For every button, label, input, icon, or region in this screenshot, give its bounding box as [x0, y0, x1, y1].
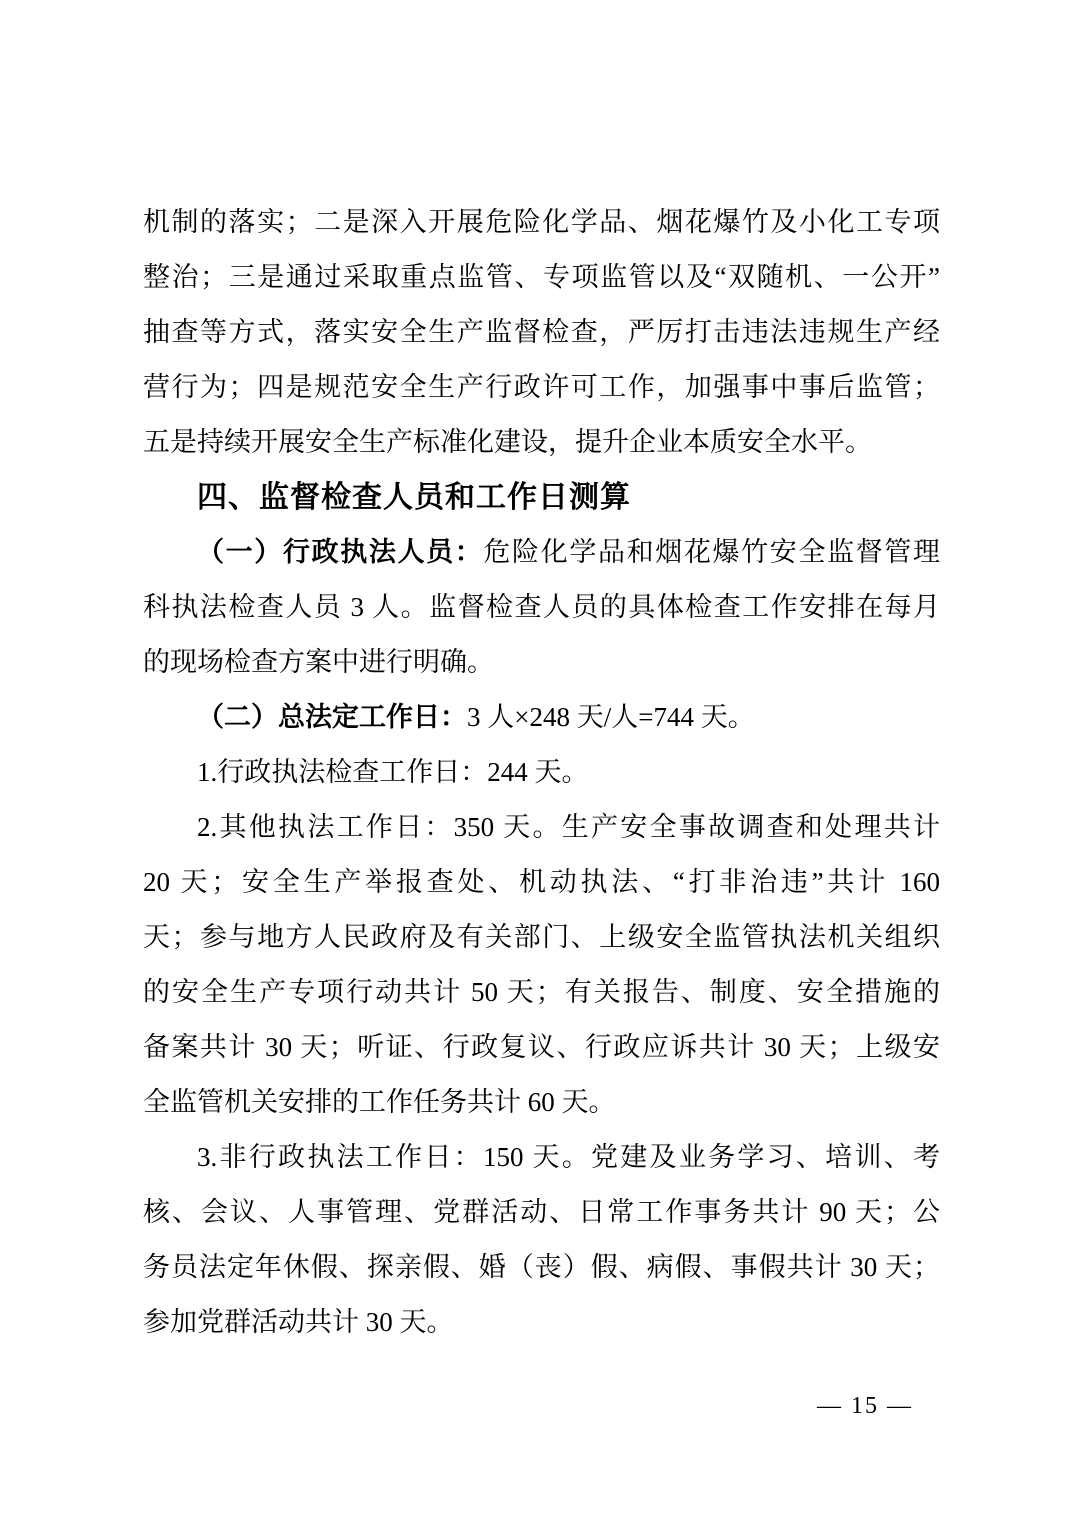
text-run: 2.其他执法工作日：350 天。生产安全事故调查和处理共计 [197, 812, 940, 842]
document-page: 机制的落实；二是深入开展危险化学品、烟花爆竹及小化工专项整治；三是通过采取重点监… [0, 0, 1074, 1520]
text-line: 务员法定年休假、探亲假、婚（丧）假、病假、事假共计 30 天； [143, 1240, 940, 1295]
text-line: 机制的落实；二是深入开展危险化学品、烟花爆竹及小化工专项 [143, 195, 940, 250]
bold-label: （二）总法定工作日： [197, 702, 467, 732]
text-run: 天；参与地方人民政府及有关部门、上级安全监管执法机关组织 [143, 922, 940, 952]
text-line: 核、会议、人事管理、党群活动、日常工作事务共计 90 天；公 [143, 1185, 940, 1240]
text-run: 参加党群活动共计 30 天。 [143, 1307, 454, 1337]
page-number: — 15 — [817, 1388, 913, 1424]
text-run: 全监管机关安排的工作任务共计 60 天。 [143, 1087, 616, 1117]
text-run: 的现场检查方案中进行明确。 [143, 647, 494, 677]
bold-label: （一）行政执法人员： [197, 537, 483, 567]
text-line: （二）总法定工作日：3 人×248 天/人=744 天。 [143, 690, 940, 745]
text-run: 3 人×248 天/人=744 天。 [467, 702, 755, 732]
text-line: 20 天；安全生产举报查处、机动执法、“打非治违”共计 160 [143, 855, 940, 910]
text-line: 的现场检查方案中进行明确。 [143, 635, 940, 690]
text-line: 全监管机关安排的工作任务共计 60 天。 [143, 1075, 940, 1130]
text-line: 抽查等方式，落实安全生产监督检查，严厉打击违法违规生产经 [143, 305, 940, 360]
text-run: 务员法定年休假、探亲假、婚（丧）假、病假、事假共计 30 天； [143, 1252, 940, 1282]
text-run: 备案共计 30 天；听证、行政复议、行政应诉共计 30 天；上级安 [143, 1032, 940, 1062]
text-line: 整治；三是通过采取重点监管、专项监管以及“双随机、一公开” [143, 250, 940, 305]
text-run: 机制的落实；二是深入开展危险化学品、烟花爆竹及小化工专项 [143, 207, 940, 237]
section-heading: 四、监督检查人员和工作日测算 [143, 470, 940, 525]
text-run: 五是持续开展安全生产标准化建设，提升企业本质安全水平。 [143, 427, 872, 457]
text-run: 科执法检查人员 3 人。监督检查人员的具体检查工作安排在每月 [143, 592, 940, 622]
text-run: 营行为；四是规范安全生产行政许可工作，加强事中事后监管； [143, 372, 940, 402]
text-run: 3.非行政执法工作日：150 天。党建及业务学习、培训、考 [197, 1142, 940, 1172]
text-run: 危险化学品和烟花爆竹安全监督管理 [483, 537, 940, 567]
text-line: 2.其他执法工作日：350 天。生产安全事故调查和处理共计 [143, 800, 940, 855]
text-run: 整治；三是通过采取重点监管、专项监管以及“双随机、一公开” [143, 262, 940, 292]
text-line: 参加党群活动共计 30 天。 [143, 1295, 940, 1350]
text-line: 3.非行政执法工作日：150 天。党建及业务学习、培训、考 [143, 1130, 940, 1185]
text-line: 备案共计 30 天；听证、行政复议、行政应诉共计 30 天；上级安 [143, 1020, 940, 1075]
text-line: （一）行政执法人员：危险化学品和烟花爆竹安全监督管理 [143, 525, 940, 580]
bold-label: 四、监督检查人员和工作日测算 [197, 481, 631, 514]
text-line: 五是持续开展安全生产标准化建设，提升企业本质安全水平。 [143, 415, 940, 470]
text-line: 天；参与地方人民政府及有关部门、上级安全监管执法机关组织 [143, 910, 940, 965]
text-run: 抽查等方式，落实安全生产监督检查，严厉打击违法违规生产经 [143, 317, 940, 347]
text-line: 的安全生产专项行动共计 50 天；有关报告、制度、安全措施的 [143, 965, 940, 1020]
text-run: 核、会议、人事管理、党群活动、日常工作事务共计 90 天；公 [143, 1197, 940, 1227]
text-run: 20 天；安全生产举报查处、机动执法、“打非治违”共计 160 [143, 867, 940, 897]
text-run: 的安全生产专项行动共计 50 天；有关报告、制度、安全措施的 [143, 977, 940, 1007]
text-line: 1.行政执法检查工作日：244 天。 [143, 745, 940, 800]
text-run: 1.行政执法检查工作日：244 天。 [197, 757, 589, 787]
document-body: 机制的落实；二是深入开展危险化学品、烟花爆竹及小化工专项整治；三是通过采取重点监… [143, 195, 940, 1350]
text-line: 科执法检查人员 3 人。监督检查人员的具体检查工作安排在每月 [143, 580, 940, 635]
text-line: 营行为；四是规范安全生产行政许可工作，加强事中事后监管； [143, 360, 940, 415]
